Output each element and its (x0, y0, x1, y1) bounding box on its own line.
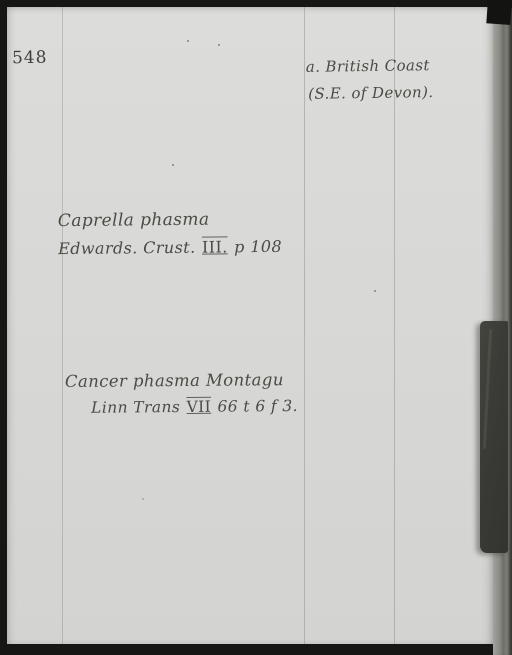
roman-numeral-volume: VII (185, 398, 212, 416)
ledger-entry-cancer-phasma: Cancer phasma Montagu Linn Trans VII 66 … (65, 370, 298, 417)
ledger-page: 548 a. British Coast (S.E. of Devon). Ca… (7, 7, 494, 644)
paper-speck (218, 44, 220, 46)
reference-text-pre: Edwards. Crust. (58, 238, 201, 258)
reference-text-post: p 108 (229, 237, 283, 257)
reference-citation: Edwards. Crust. III. p 108 (58, 237, 282, 258)
reference-citation: Linn Trans VII 66 t 6 f 3. (65, 397, 298, 417)
paper-speck (172, 164, 174, 166)
page-number-stamp: 548 (12, 48, 48, 69)
ledger-entry-caprella-phasma: Caprella phasma Edwards. Crust. III. p 1… (58, 209, 282, 258)
species-name: Cancer phasma Montagu (65, 370, 298, 391)
scanned-ledger-scan: 548 a. British Coast (S.E. of Devon). Ca… (0, 0, 512, 655)
reference-text-pre: Linn Trans (91, 398, 186, 417)
paper-speck (374, 290, 376, 292)
book-marker-tab (480, 321, 508, 553)
margin-rule-line (62, 7, 63, 644)
roman-numeral-volume: III. (201, 237, 229, 256)
location-note: a. British Coast (S.E. of Devon). (306, 52, 434, 108)
paper-speck (187, 40, 189, 42)
scan-border-top-right (486, 0, 512, 25)
paper-speck (142, 498, 144, 500)
column-rule-line-left (304, 7, 305, 644)
location-note-line2: (S.E. of Devon). (306, 79, 434, 108)
tab-highlight (483, 329, 492, 449)
species-name: Caprella phasma (58, 209, 282, 231)
reference-text-post: 66 t 6 f 3. (212, 397, 298, 416)
location-note-line1: a. British Coast (306, 52, 434, 81)
